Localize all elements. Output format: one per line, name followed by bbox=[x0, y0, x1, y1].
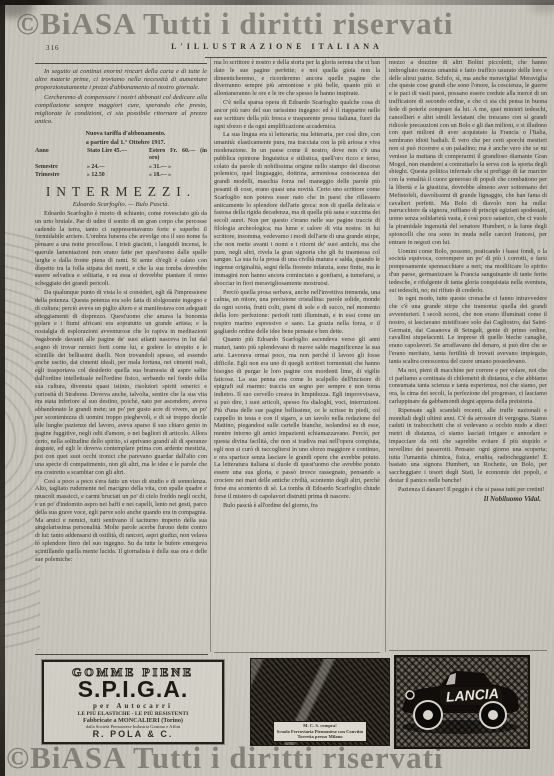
lancia-car-illustration: LANCIA bbox=[396, 657, 524, 743]
spiga-brand: S.P.I.G.A. bbox=[78, 678, 189, 701]
column-3: mezzo a dozzine di altri Bolini piccolet… bbox=[389, 59, 547, 645]
tariff-block: Nuova tariffa d'abbonamento. a partire d… bbox=[35, 130, 207, 179]
article-paragraph: mezzo a dozzine di altri Bolini piccolet… bbox=[389, 59, 547, 247]
tariff-period: Trimestre bbox=[35, 172, 87, 179]
column-divider bbox=[385, 58, 386, 652]
article-paragraph: C'è nella sparsa opera di Edoardo Scarfo… bbox=[214, 99, 380, 130]
article-column-2-text: ma lo scrittore è nostro e della storia … bbox=[214, 59, 380, 509]
article-paragraph: ma lo scrittore è nostro e della storia … bbox=[214, 59, 380, 98]
article-paragraph: In ogni modo, tutte queste cronache ci f… bbox=[389, 295, 547, 365]
column-2: ma lo scrittore è nostro e della storia … bbox=[214, 59, 380, 651]
tariff-domestic: Stato Lire 45.— bbox=[87, 148, 149, 163]
column-divider bbox=[210, 58, 211, 652]
school-ad-caption: M. C. S. compra!Scuola Ferroviaria Piemo… bbox=[273, 721, 367, 742]
notice-paragraph: In seguito ai continui enormi rincari de… bbox=[35, 68, 207, 93]
school-advertisement: M. C. S. compra!Scuola Ferroviaria Piemo… bbox=[250, 658, 390, 746]
author-signature: Il Nobiluomo Vidal. bbox=[389, 495, 547, 504]
subscription-notice: In seguito ai continui enormi rincari de… bbox=[35, 63, 207, 126]
article-paragraph: Perciò quella prosa serbava, anche nell'… bbox=[214, 289, 380, 336]
notice-paragraph: Cercheremo di compensare i nostri abbona… bbox=[35, 94, 207, 127]
lancia-advertisement: LANCIA bbox=[394, 655, 530, 749]
footer-rule bbox=[35, 654, 208, 655]
spiga-per-autocarri: per Autocarri bbox=[93, 702, 173, 710]
caption-line: Torretta presso Milano bbox=[277, 734, 363, 740]
article-column-1-text: Edoardo Scarfoglio è morto di schianto, … bbox=[35, 210, 207, 564]
footer-rule bbox=[389, 650, 547, 651]
scan-edge-top bbox=[0, 0, 554, 5]
school-ad-caption-lines: M. C. S. compra!Scuola Ferroviaria Piemo… bbox=[277, 723, 363, 740]
tariff-domestic: » 24.— bbox=[87, 164, 149, 171]
article-column-3-text: mezzo a dozzine di altri Bolini piccolet… bbox=[389, 59, 547, 494]
tariff-domestic: » 12.50 bbox=[87, 172, 149, 179]
article-paragraph: Bulo pascià è all'ordine del giorno, fra bbox=[214, 502, 380, 510]
article-paragraph: Ripensate agli scandali recenti, alle tr… bbox=[389, 407, 547, 485]
footer-rule bbox=[214, 652, 380, 653]
article-paragraph: Quanto più Edoardo Scarfoglio ascendeva … bbox=[214, 336, 380, 500]
article-subtitle: Edoardo Scarfoglio. — Bulo Pascià. bbox=[35, 201, 207, 209]
spiga-factory: Fabbricate a MONCALIERI (Torino) bbox=[83, 717, 183, 724]
article-paragraph: La sua lingua era sì letteraria; ma lett… bbox=[214, 131, 380, 287]
tariff-row: Trimestre » 12.50 » 18.— » bbox=[35, 172, 207, 179]
spiga-dealer: R. POLA & C. bbox=[93, 729, 174, 739]
article-paragraph: Edoardo Scarfoglio è morto di schianto, … bbox=[35, 210, 207, 288]
notice-paragraphs: In seguito ai continui enormi rincari de… bbox=[35, 68, 207, 126]
article-title: INTERMEZZI. bbox=[35, 183, 207, 200]
tariff-row: Semestre » 24.— » 31.— » bbox=[35, 164, 207, 171]
tariff-foreign: » 31.— » bbox=[149, 164, 207, 171]
tariff-foreign: Estero Fr. 60.— (in oro) bbox=[149, 148, 207, 163]
magazine-title: L'ILLUSTRAZIONE ITALIANA bbox=[0, 42, 554, 51]
scan-texture bbox=[0, 230, 40, 650]
header-rule bbox=[205, 57, 547, 58]
article-paragraph: Da qualunque punto di vista lo si consid… bbox=[35, 289, 207, 477]
magazine-page: ©BiASA Tutti i diritti riservati ©BiASA … bbox=[0, 0, 554, 776]
tariff-foreign: » 18.— » bbox=[149, 172, 207, 179]
column-1: In seguito ai continui enormi rincari de… bbox=[35, 63, 207, 652]
tariff-row: Anno Stato Lire 45.— Estero Fr. 60.— (in… bbox=[35, 148, 207, 163]
article-paragraph: Ma noi, pieni di macchine per correre e … bbox=[389, 367, 547, 406]
spiga-advertisement: GOMME PIENE S.P.I.G.A. per Autocarri LE … bbox=[42, 660, 224, 744]
scan-smudge bbox=[530, 2, 554, 12]
article-paragraph: Così a poco a poco s'era fatto un viso d… bbox=[35, 478, 207, 564]
tariff-period: Anno bbox=[35, 148, 87, 163]
tariff-title: Nuova tariffa d'abbonamento. bbox=[35, 130, 207, 138]
tariff-subtitle: a partire dal 1.° Ottobre 1917. bbox=[35, 139, 207, 147]
watermark-top: ©BiASA Tutti i diritti riservati bbox=[16, 6, 454, 42]
article-paragraph: Pazienza il danaro! Il peggio è che si p… bbox=[389, 486, 547, 494]
tariff-period: Semestre bbox=[35, 164, 87, 171]
article-paragraph: Uomini come Bolo, possono, praticando i … bbox=[389, 248, 547, 295]
